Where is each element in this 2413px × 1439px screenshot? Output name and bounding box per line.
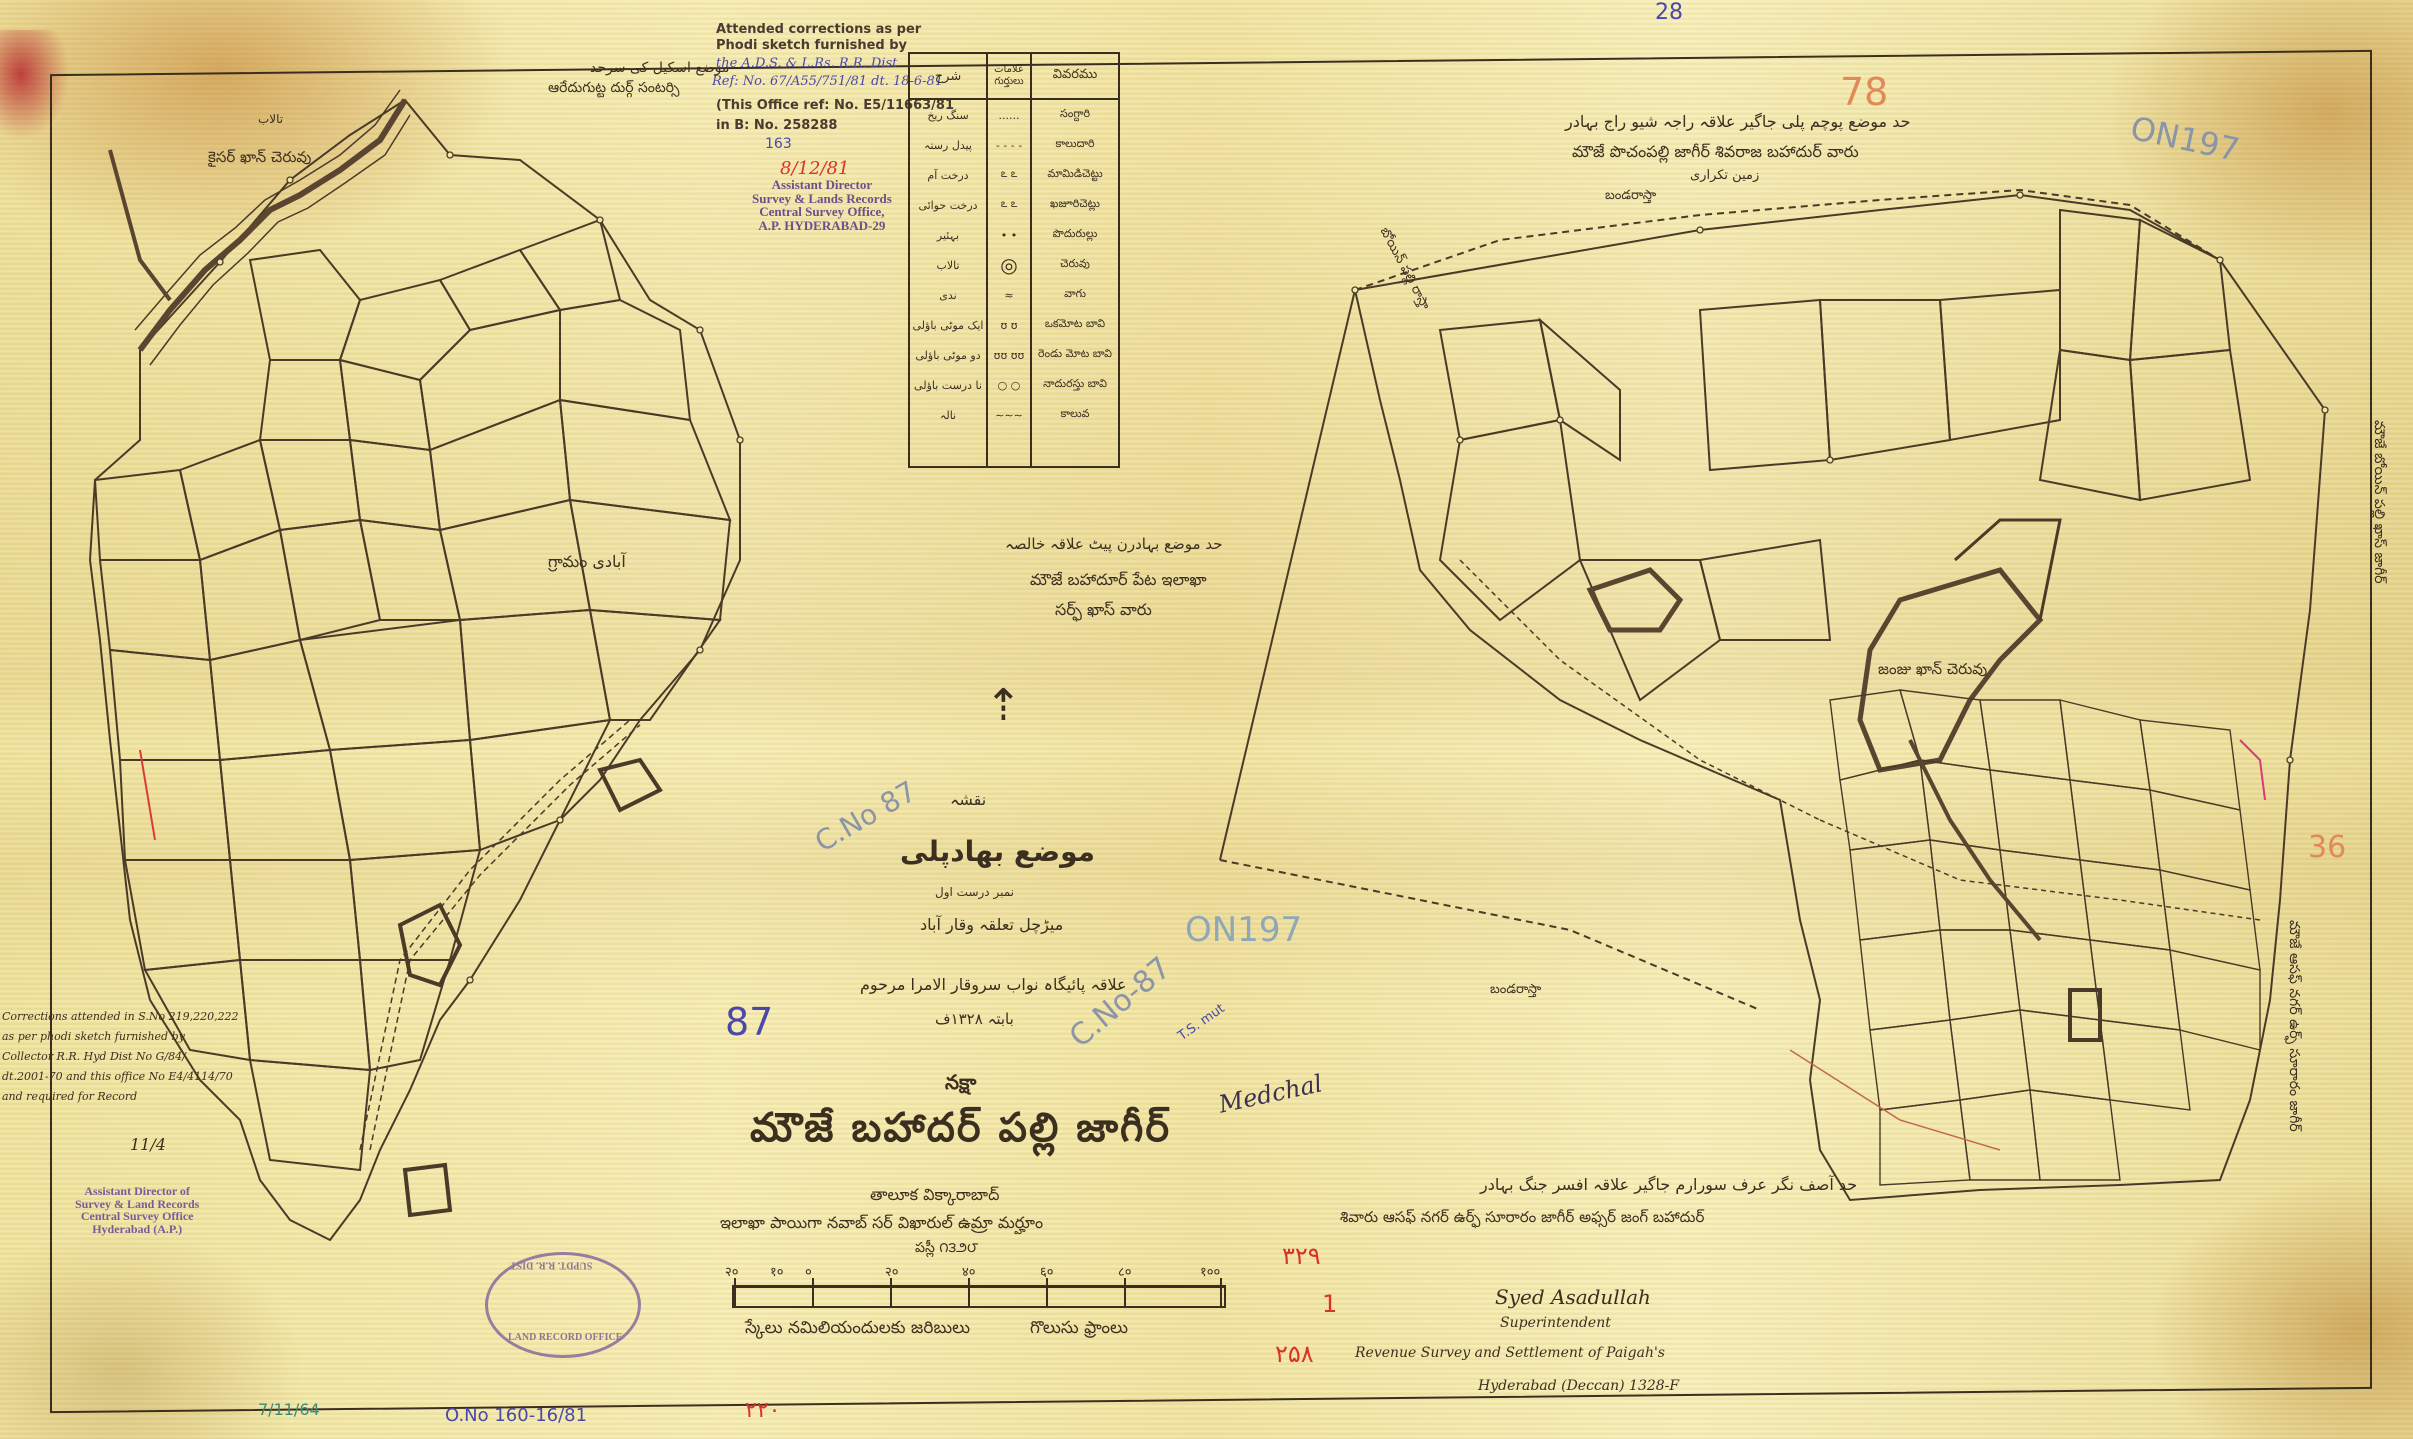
left-assistant-director-stamp: Assistant Director of Survey & Land Reco…: [75, 1185, 199, 1235]
legend-cell: వాగు: [1032, 280, 1118, 310]
scale-tick: [890, 1278, 892, 1306]
scale-tick-label: ८०: [1118, 1262, 1132, 1280]
scale-tick-label: २०: [885, 1262, 899, 1280]
telugu-subtitle-3: పస్లీ ౧౩౨౮: [915, 1240, 978, 1259]
disused-well-symbol-icon: ○ ○: [988, 370, 1030, 400]
corrections-note-line3: the A.D.S. & L.Rs. R.R. Dist: [716, 56, 897, 71]
single-well-symbol-icon: ʊ ʊ: [988, 310, 1030, 340]
on-197-center: ON197: [1185, 910, 1302, 950]
stamp-line: Central Survey Office,: [752, 205, 892, 219]
left-top-boundary-telugu: ఆరేదుగుట్ట దుర్గ్ సంటర్సి: [548, 80, 679, 99]
mid-boundary-urdu: حد موضع بہادرن پیٹ علاقہ خالصہ: [1005, 535, 1222, 553]
mid-boundary-telugu-2: సర్ఫ్ ఖాస్ వారు: [1055, 600, 1152, 623]
corrections-note-line1: Attended corrections as per: [716, 22, 921, 37]
bush-symbol-icon: • •: [988, 220, 1030, 250]
scale-tick: [1046, 1278, 1048, 1306]
legend-cell: పొదురుల్లు: [1032, 220, 1118, 250]
cart-road-label-bottom: బండరాస్తా: [1490, 982, 1541, 1000]
legend-cell: చెరువు: [1032, 250, 1118, 280]
scale-tick: [734, 1278, 736, 1306]
number-78: 78: [1840, 70, 1888, 114]
legend-column-symbols: علامات గుర్తులు ...... - - - - ఽ ఽ ఽ ఽ •…: [988, 54, 1032, 466]
bottom-boundary-telugu: శివారు ఆసఫ్ నగర్ ఉర్ఫ్ సూరారం జాగీర్ అఫ్…: [1340, 1208, 1704, 1230]
legend-cell: نا درست باؤلی: [910, 370, 986, 400]
left-correction-note-1: Corrections attended in S.No 219,220,222: [2, 1010, 239, 1023]
stamp-line: Survey & Lands Records: [752, 192, 892, 206]
number-28: 28: [1655, 0, 1683, 25]
left-top-boundary-urdu: موضع اسکیل کی سرحد: [590, 60, 729, 76]
legend-header: వివరము: [1032, 54, 1118, 100]
legend-cell: నాదురస్తు బావి: [1032, 370, 1118, 400]
left-initials: 11/4: [130, 1135, 166, 1154]
stamp-line: A.P. HYDERABAD-29: [752, 219, 892, 233]
scale-tick: [1124, 1278, 1126, 1306]
left-tank-urdu-label: تالاب: [258, 112, 283, 126]
urdu-detail-3: علاقہ پائیگاہ نواب سروقار الامرا مرحوم: [860, 975, 1127, 994]
legend-cell: بہئیر: [910, 220, 986, 250]
legend-cell: دو موٹی باؤلی: [910, 340, 986, 370]
north-arrow-icon: ⇡: [985, 680, 1022, 731]
telugu-subtitle-1: తాలూక విక్కారాబాద్: [870, 1185, 999, 1208]
legend-cell: మామిడిచెట్టు: [1032, 160, 1118, 190]
blue-date-note: 7/11/64: [258, 1400, 320, 1419]
stamp-line: Assistant Director of: [75, 1185, 199, 1198]
telugu-subtitle-2: ఇలాఖా పాయిగా నవాబ్ సర్ విఖారుల్ ఉమ్రా మర…: [720, 1213, 1043, 1236]
right-side-vertical-label: మౌజే బోయిన్ పల్లి ఖాస్ జాగీర్: [2370, 420, 2389, 584]
red-number-258: ۲۵۸: [1275, 1340, 1314, 1368]
scale-caption: స్కేలు నమిలియందులకు జరిబులు: [745, 1318, 970, 1342]
cart-road-label-top: బండరాస్తా: [1605, 188, 1656, 206]
red-number-1: 1: [1322, 1290, 1337, 1318]
assistant-director-stamp: Assistant Director Survey & Lands Record…: [752, 178, 892, 233]
stamp-line: Central Survey Office: [75, 1210, 199, 1223]
number-36: 36: [2308, 830, 2346, 865]
right-top-boundary-urdu-2: زمین تکراری: [1690, 168, 1759, 183]
village-name-urdu: موضع بھادپلی: [900, 835, 1095, 868]
legend-header: شرح: [910, 54, 986, 100]
superintendent-title: Superintendent: [1500, 1315, 1611, 1331]
canal-symbol-icon: ∼∼∼: [988, 400, 1030, 430]
legend-header: علامات గుర్తులు: [988, 54, 1030, 100]
scale-tick-label: ०: [805, 1262, 812, 1280]
heading-telugu: నక్షా: [945, 1070, 976, 1099]
urdu-detail-1: نمبر درست اول: [935, 885, 1014, 899]
legend-cell: కాలుదారి: [1032, 130, 1118, 160]
left-tank-label: కైసర్ ఖాన్ చెరువు: [208, 148, 311, 170]
right-side-vertical-label-2: మౌజే ఆసఫ్ నగర్ ఉర్ఫ్ సూరారం జాగీర్: [2285, 920, 2304, 1132]
scale-tick: [812, 1278, 814, 1306]
scale-tick-label: १०: [770, 1262, 784, 1280]
tank-symbol-icon: ◎: [988, 250, 1030, 280]
legend-cell: نالہ: [910, 400, 986, 430]
left-correction-note-3: Collector R.R. Hyd Dist No G/84/: [2, 1050, 186, 1063]
village-title-telugu: మౌజే బహాదర్ పల్లి జాగీర్: [750, 1105, 1171, 1161]
land-record-office-stamp: SUPDT. R.R. DIST LAND RECORD OFFICE: [485, 1252, 641, 1358]
legend-cell: درخت حوائی: [910, 190, 986, 220]
legend-cell: రెండు మోట బావి: [1032, 340, 1118, 370]
survey-office-name: Revenue Survey and Settlement of Paigah'…: [1355, 1345, 1665, 1361]
legend-cell: ندی: [910, 280, 986, 310]
left-correction-note-4: dt.2001-70 and this office No E4/4114/70: [2, 1070, 233, 1083]
legend-cell: ఖజూరిచెట్లు: [1032, 190, 1118, 220]
red-number-bottom: ۲۲۰: [745, 1398, 780, 1423]
stamp-bottom-text: LAND RECORD OFFICE: [508, 1333, 622, 1344]
legend-cell: درخت آم: [910, 160, 986, 190]
place-and-year: Hyderabad (Deccan) 1328-F: [1478, 1378, 1679, 1394]
scale-tick-label: १००: [1200, 1262, 1220, 1280]
left-correction-note-5: and required for Record: [2, 1090, 137, 1103]
stamp-line: Hyderabad (A.P.): [75, 1223, 199, 1236]
stamp-line: Assistant Director: [752, 178, 892, 192]
stamp-number: 163: [765, 136, 792, 152]
stamp-top-text: SUPDT. R.R. DIST: [510, 1259, 592, 1270]
village-site-label: గ్రామం آبادی: [548, 552, 626, 575]
scale-tick: [1220, 1278, 1222, 1306]
scale-bar: [732, 1285, 1226, 1308]
number-87: 87: [725, 1000, 773, 1044]
red-signature-date: 8/12/81: [780, 158, 849, 179]
right-top-boundary-telugu: మౌజే పొచంపల్లి జాగీర్ శివరాజ బహాదుర్ వార…: [1572, 142, 1859, 165]
stone-road-symbol-icon: ......: [988, 100, 1030, 130]
mango-tree-symbol-icon: ఽ ఽ: [988, 160, 1030, 190]
mid-boundary-telugu-1: మౌజే బహాదూర్ పేట ఇలాఖా: [1030, 570, 1207, 593]
legend-column-telugu: వివరము సంగ్దారి కాలుదారి మామిడిచెట్టు ఖజ…: [1032, 54, 1118, 466]
double-well-symbol-icon: ʊʊ ʊʊ: [988, 340, 1030, 370]
scale-tick: [968, 1278, 970, 1306]
right-tank-label: జంజు ఖాన్ చెరువు: [1878, 660, 1987, 682]
legend-cell: సంగ్దారి: [1032, 100, 1118, 130]
b-number: in B: No. 258288: [716, 118, 837, 133]
red-number-329: ۳۲۹: [1282, 1242, 1321, 1270]
legend-cell: پیدل رستہ: [910, 130, 986, 160]
legend-cell: ایک موٹی باؤلی: [910, 310, 986, 340]
legend-cell: ఒకమోట బావి: [1032, 310, 1118, 340]
bottom-boundary-urdu: حد آصف نگر عرف سورارم جاگیر علاقہ افسر ج…: [1480, 1175, 1857, 1194]
cadastral-parcel-lines: [0, 0, 2413, 1439]
legend-cell: سنگ ریخ: [910, 100, 986, 130]
stream-symbol-icon: ≈: [988, 280, 1030, 310]
scale-tick-label: ६०: [1040, 1262, 1054, 1280]
legend-cell: కాలువ: [1032, 400, 1118, 430]
scale-caption-2: గొలుసు ఫ్రాంలు: [1030, 1318, 1128, 1342]
legend-cell: تالاب: [910, 250, 986, 280]
date-tree-symbol-icon: ఽ ఽ: [988, 190, 1030, 220]
scale-tick-label: २०: [725, 1262, 739, 1280]
right-top-boundary-urdu: حد موضع پوچم پلی جاگیر علاقہ راجہ شیو را…: [1565, 112, 1911, 131]
legend-column-urdu: شرح سنگ ریخ پیدل رستہ درخت آم درخت حوائی…: [910, 54, 988, 466]
bottom-reference: O.No 160-16/81: [445, 1405, 587, 1426]
footpath-symbol-icon: - - - -: [988, 130, 1030, 160]
scale-tick-label: ४०: [962, 1262, 976, 1280]
superintendent-signature: Syed Asadullah: [1495, 1285, 1651, 1309]
urdu-detail-4: بابتہ ۱۳۲۸ف: [935, 1010, 1014, 1028]
map-legend-table: شرح سنگ ریخ پیدل رستہ درخت آم درخت حوائی…: [908, 52, 1120, 468]
corrections-note-line2: Phodi sketch furnished by: [716, 38, 907, 53]
left-correction-note-2: as per phodi sketch furnished by: [2, 1030, 185, 1043]
heading-urdu: نقشہ: [950, 790, 986, 809]
urdu-detail-2: میڑچل تعلقہ وقار آباد: [920, 915, 1063, 934]
